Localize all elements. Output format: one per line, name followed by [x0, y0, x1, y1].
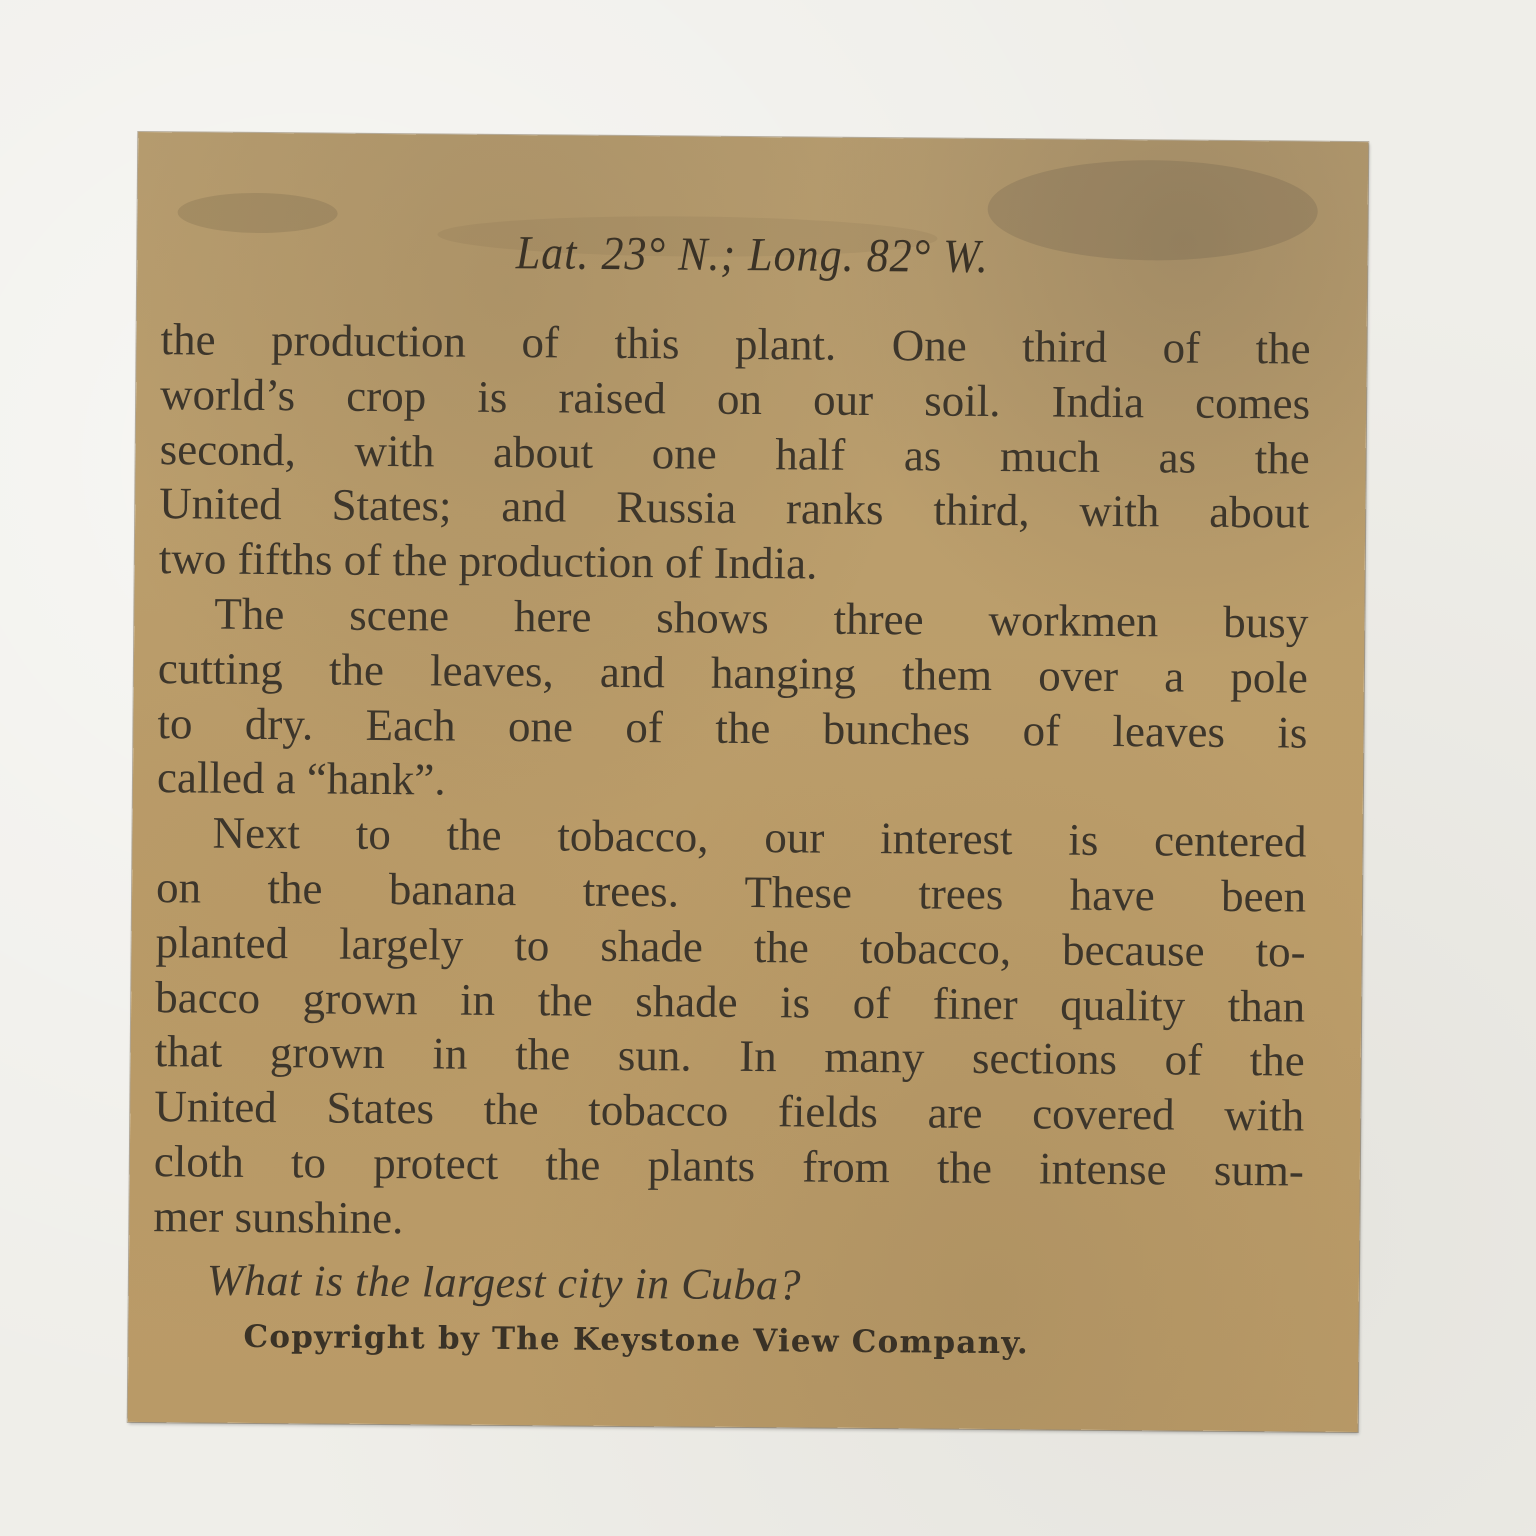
- text-line: to dry. Each one of the bunches of leave…: [157, 696, 1307, 760]
- copyright-notice: Copyright by The Keystone View Company.: [243, 1319, 1029, 1361]
- coordinates-heading: Lat. 23° N.; Long. 82° W.: [137, 222, 1367, 287]
- text-line: planted largely to shade the tobacco, be…: [155, 915, 1305, 979]
- text-line: mer sunshine.: [153, 1189, 1303, 1253]
- text-line: The scene here shows three workmen busy: [158, 586, 1308, 650]
- text-line: second, with about one half as much as t…: [159, 422, 1309, 486]
- text-line: Next to the tobacco, our interest is cen…: [156, 805, 1306, 869]
- text-line: that grown in the sun. In many sections …: [155, 1025, 1305, 1089]
- text-line: United States the tobacco fields are cov…: [154, 1079, 1304, 1143]
- text-line: called a “hank”.: [157, 751, 1307, 815]
- text-line: cloth to protect the plants from the int…: [154, 1134, 1304, 1198]
- text-line: on the banana trees. These trees have be…: [156, 860, 1306, 924]
- stereoview-card: Lat. 23° N.; Long. 82° W. the production…: [128, 132, 1369, 1432]
- paragraph-2: The scene here shows three workmen busy …: [157, 586, 1309, 815]
- paragraph-1: the production of this plant. One third …: [159, 312, 1311, 595]
- text-line: bacco grown in the shade is of finer qua…: [155, 970, 1305, 1034]
- paragraph-3: Next to the tobacco, our interest is cen…: [153, 805, 1307, 1253]
- text-line: cutting the leaves, and hanging them ove…: [158, 641, 1308, 705]
- text-line: United States; and Russia ranks third, w…: [159, 477, 1309, 541]
- text-line: two fifths of the production of India.: [159, 531, 1309, 595]
- text-line: the production of this plant. One third …: [160, 312, 1310, 376]
- review-question: What is the largest city in Cuba?: [207, 1255, 802, 1311]
- text-line: world’s crop is raised on our soil. Indi…: [160, 367, 1310, 431]
- body-text: the production of this plant. One third …: [153, 312, 1311, 1253]
